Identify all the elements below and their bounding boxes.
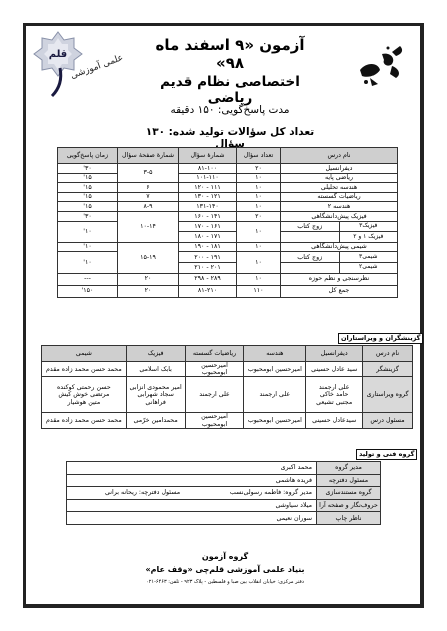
brand-calligraphy-icon — [352, 40, 412, 88]
production-table: مدیر گروه محمد اکبری مسئول دفترچه فریده … — [66, 461, 381, 525]
table-row: ریاضی پایه ۱۰ ۱۰۱-۱۱۰ ۱۵' — [58, 173, 398, 183]
col-header-count: تعداد سؤال — [237, 148, 281, 164]
table-row: هندسه ۲ ۱۰ ۱۳۱-۱۴۰ ۸-۹ ۱۵' — [58, 202, 398, 212]
table-header-row: نام درس تعداد سؤال شمارهٔ سؤال شمارهٔ صف… — [58, 148, 398, 164]
table-row: شیمی۳ زوج کتاب ۱۰ ۱۹۱ - ۲۰۰ ۱۰' — [58, 252, 398, 263]
exam-subtitle: اختصاصی نظام قدیم ریاضی — [140, 74, 320, 106]
table-row: هندسه تحلیلی ۱۰ ۱۱۱ - ۱۲۰ ۶ ۱۵' — [58, 183, 398, 193]
exam-title: آزمون «۹ اسفند ماه ۹۸» — [150, 36, 310, 72]
col-header-page: شمارهٔ صفحهٔ سؤال — [118, 148, 179, 164]
production-section-tag: گروه فنی و تولید — [356, 449, 417, 460]
table-row: ریاضیات گسسته ۱۰ ۱۲۱ - ۱۳۰ ۷ ۱۵' — [58, 192, 398, 202]
table-header-row: نام درس دیفرانسیل هندسه ریاضیات گسسته فی… — [42, 346, 413, 362]
table-row: حروف‌نگار و صفحه آرا میلاد سیاوشی — [67, 499, 381, 512]
table-row: مسئول دفترچه فریده هاشمی — [67, 474, 381, 487]
table-row: دیفرانسیل ۲۰ ۸۱-۱۰۰ ۳-۵ ۳۰' — [58, 164, 398, 174]
table-row: فیزیک۳ زوج کتاب ۱۰ ۱۶۱ - ۱۷۰ ۱۰' — [58, 221, 398, 232]
star-emblem-icon: قلم بنیاد علمی آموزشی — [30, 30, 126, 102]
svg-text:قلم: قلم — [49, 49, 67, 60]
table-row: گروه مستندسازی مدیر گروه: فاطمه رسولی‌نس… — [67, 487, 381, 500]
col-header-numbers: شمارهٔ سؤال — [179, 148, 237, 164]
editors-section-tag: گزینشگران و ویراستاران — [338, 333, 423, 344]
footer-group: گروه آزمون — [150, 552, 300, 561]
questions-table: نام درس تعداد سؤال شمارهٔ سؤال شمارهٔ صف… — [57, 147, 398, 298]
exam-duration: مدت پاسخ‌گویی: ۱۵۰ دقیقه — [150, 104, 310, 116]
table-row: نظرسنجی و نظم حوزه ۱۰ ۲۸۹ - ۲۹۸ ۲۰ --- — [58, 273, 398, 285]
table-row: ناظر چاپ سوران نعیمی — [67, 512, 381, 525]
table-row: گروه ویراستاری علی ارجمند حامد خاکی مجتب… — [42, 377, 413, 413]
brand-logo — [352, 40, 412, 88]
table-total-row: جمع کل ۱۱۰ ۸۱-۲۱۰ ۲۰ ۱۵۰' — [58, 285, 398, 297]
institute-logo: قلم بنیاد علمی آموزشی — [30, 30, 126, 102]
editors-table: نام درس دیفرانسیل هندسه ریاضیات گسسته فی… — [41, 345, 413, 429]
table-row: گزینشگر سید عادل حسینی امیرحسین ابومحبوب… — [42, 362, 413, 377]
table-row: شیمی پیش‌دانشگاهی ۱۰ ۱۸۱ - ۱۹۰ ۱۵-۱۹ ۱۰' — [58, 242, 398, 252]
col-header-time: زمان پاسخ‌گویی — [58, 148, 118, 164]
table-row: فیزیک پیش‌دانشگاهی ۲۰ ۱۴۱ - ۱۶۰ ۱۰-۱۴ ۳۰… — [58, 211, 398, 221]
table-row: مدیر گروه محمد اکبری — [67, 462, 381, 475]
col-header-subject: نام درس — [281, 148, 398, 164]
footer-address: دفتر مرکزی: خیابان انقلاب بین صبا و فلسط… — [70, 579, 380, 585]
footer-institute: بنیاد علمی آموزشی قلم‌چی «وقف عام» — [120, 565, 330, 574]
table-row: مسئول درس سیدعادل حسینی امیرحسین ابومحبو… — [42, 413, 413, 428]
